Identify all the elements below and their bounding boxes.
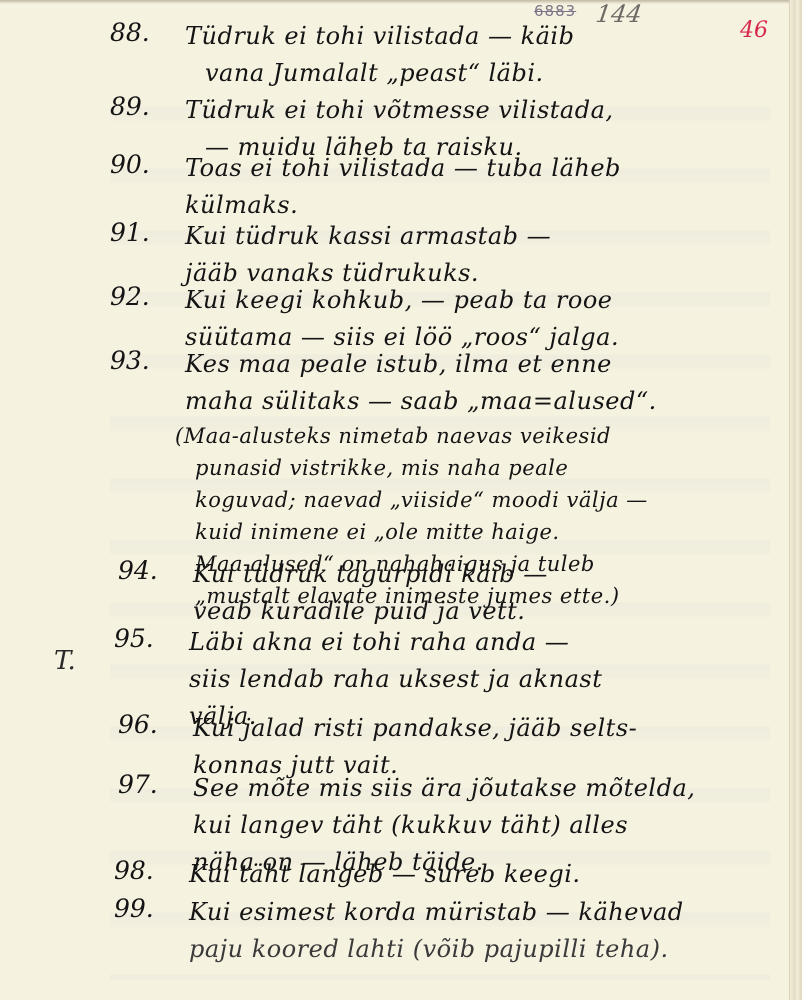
entry-line: Läbi akna ei tohi raha anda — bbox=[189, 624, 789, 661]
entry-line: paju koored lahti (võib pajupilli teha). bbox=[189, 931, 789, 968]
entry-line: Kui jalad risti pandakse, jääb selts- bbox=[193, 710, 793, 747]
manuscript-page: 6883 144 46 T. 88. Tüdruk ei tohi vilist… bbox=[0, 0, 802, 1000]
entry-line: Tüdruk ei tohi võtmesse vilistada, bbox=[185, 92, 785, 129]
entry-number: 98. bbox=[114, 856, 174, 885]
note-line: kuid inimene ei „ole mitte haige. bbox=[175, 516, 785, 548]
entry-list: 88. Tüdruk ei tohi vilistada — käib vana… bbox=[0, 0, 802, 1000]
entry-line: Kui keegi kohkub, — peab ta rooe bbox=[185, 282, 785, 319]
note-line: koguvad; naevad „viiside“ moodi välja — bbox=[175, 484, 785, 516]
entry-number: 91. bbox=[110, 218, 170, 247]
entry-number: 95. bbox=[114, 624, 174, 653]
entry-line: Kui tüdruk tagurpidi käib — bbox=[193, 556, 793, 593]
entry-line: Kui tüdruk kassi armastab — bbox=[185, 218, 785, 255]
entry-number: 99. bbox=[114, 894, 174, 923]
entry-line: Kes maa peale istub, ilma et enne bbox=[185, 346, 785, 383]
entry-line: kui langev täht (kukkuv täht) alles bbox=[193, 807, 793, 844]
entry-number: 92. bbox=[110, 282, 170, 311]
entry-line: Tüdruk ei tohi vilistada — käib bbox=[185, 18, 785, 55]
entry-number: 89. bbox=[110, 92, 170, 121]
entry-line: vana Jumalalt „peast“ läbi. bbox=[185, 55, 785, 92]
entry-number: 93. bbox=[110, 346, 170, 375]
entry-line: See mõte mis siis ära jõutakse mõtelda, bbox=[193, 770, 793, 807]
entry-number: 88. bbox=[110, 18, 170, 47]
entry-number: 90. bbox=[110, 150, 170, 179]
entry-line: Kui täht langeb — sureb keegi. bbox=[189, 856, 789, 893]
note-line: (Maa-alusteks nimetab naevas veikesid bbox=[175, 420, 785, 452]
entry-line: Toas ei tohi vilistada — tuba läheb bbox=[185, 150, 785, 187]
entry-line: maha sülitaks — saab „maa=alused“. bbox=[185, 383, 785, 420]
note-line: punasid vistrikke, mis naha peale bbox=[175, 452, 785, 484]
entry-line: Kui esimest korda müristab — kähevad bbox=[189, 894, 789, 931]
entry-number: 97. bbox=[118, 770, 178, 799]
entry-number: 94. bbox=[118, 556, 178, 585]
entry-number: 96. bbox=[118, 710, 178, 739]
entry-line: siis lendab raha uksest ja aknast bbox=[189, 661, 789, 698]
